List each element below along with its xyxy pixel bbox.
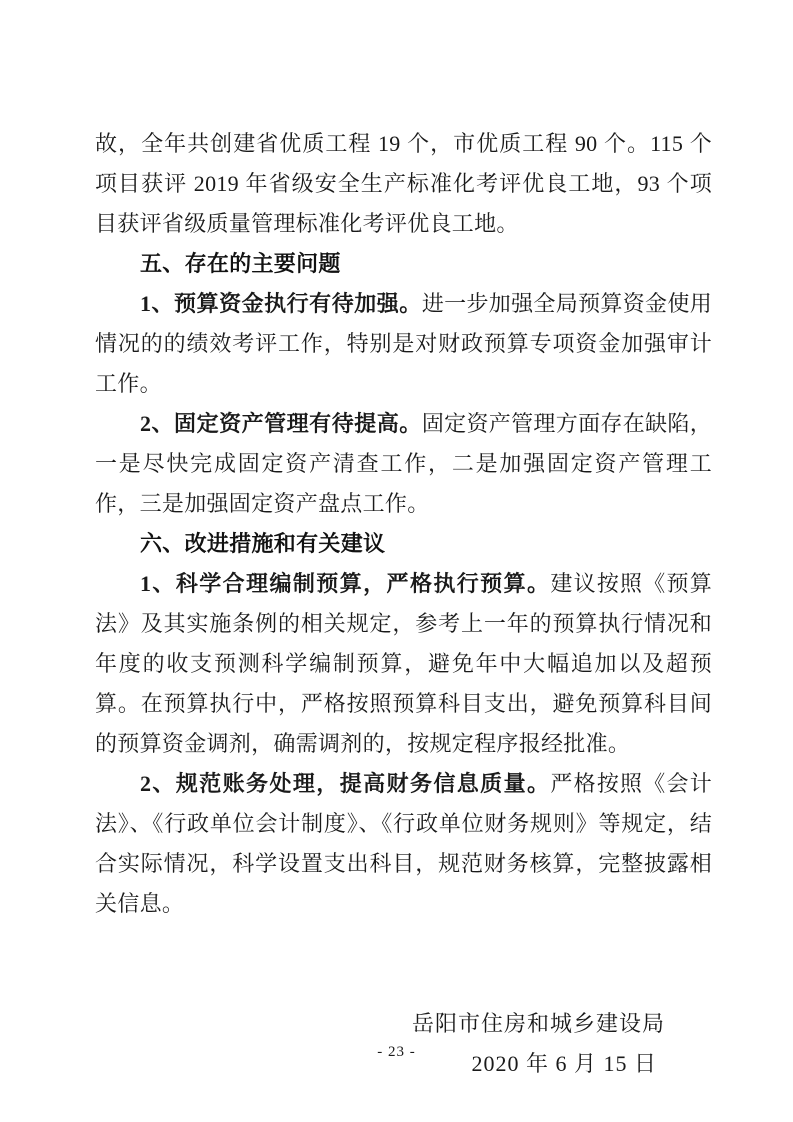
paragraph-lead: 2、固定资产管理有待提高。: [140, 411, 422, 436]
paragraph-problem-1: 1、预算资金执行有待加强。进一步加强全局预算资金使用情况的的绩效考评工作，特别是…: [95, 284, 712, 404]
signature-organization: 岳阳市住房和城乡建设局: [95, 1004, 712, 1044]
document-page: 故，全年共创建省优质工程 19 个，市优质工程 90 个。115 个项目获评 2…: [0, 0, 793, 1122]
paragraph-suggestion-2: 2、规范账务处理，提高财务信息质量。严格按照《会计法》、《行政单位会计制度》、《…: [95, 764, 712, 924]
paragraph-quality-projects: 故，全年共创建省优质工程 19 个，市优质工程 90 个。115 个项目获评 2…: [95, 124, 712, 244]
paragraph-lead: 1、科学合理编制预算，严格执行预算。: [140, 571, 550, 596]
paragraph-problem-2: 2、固定资产管理有待提高。固定资产管理方面存在缺陷，一是尽快完成固定资产清查工作…: [95, 404, 712, 524]
paragraph-text: 建议按照《预算法》及其实施条例的相关规定，参考上一年的预算执行情况和年度的收支预…: [95, 571, 712, 756]
paragraph-suggestion-1: 1、科学合理编制预算，严格执行预算。建议按照《预算法》及其实施条例的相关规定，参…: [95, 564, 712, 764]
page-number: - 23 -: [0, 1042, 793, 1062]
section-heading-problems: 五、存在的主要问题: [95, 244, 712, 284]
paragraph-lead: 2、规范账务处理，提高财务信息质量。: [140, 771, 550, 796]
section-heading-suggestions: 六、改进措施和有关建议: [95, 524, 712, 564]
document-body: 故，全年共创建省优质工程 19 个，市优质工程 90 个。115 个项目获评 2…: [0, 0, 793, 1084]
paragraph-text: 故，全年共创建省优质工程 19 个，市优质工程 90 个。115 个项目获评 2…: [95, 131, 712, 236]
paragraph-lead: 1、预算资金执行有待加强。: [140, 291, 422, 316]
